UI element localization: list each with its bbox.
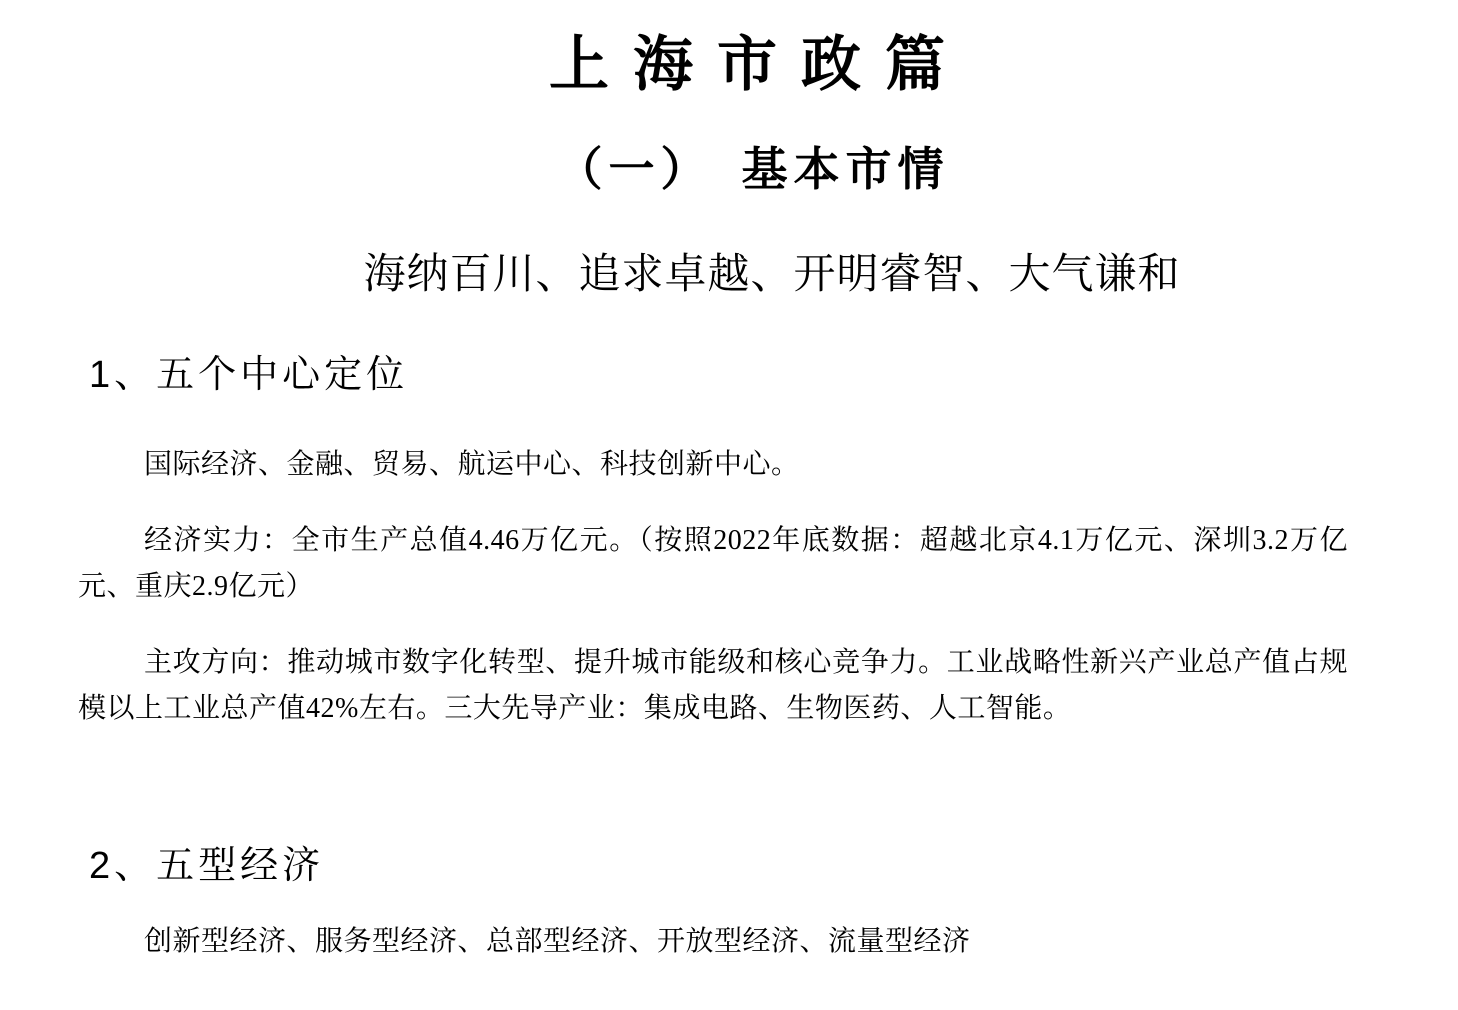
section-1-heading: 1、五个中心定位: [89, 351, 1458, 399]
section-1-paragraph-1: 国际经济、金融、贸易、航运中心、科技创新中心。: [78, 442, 1348, 488]
section-2-paragraph-1: 创新型经济、服务型经济、总部型经济、开放型经济、流量型经济: [78, 919, 1348, 965]
document-subtitle: （一） 基本市情: [24, 141, 1458, 197]
document-page: 上海市政篇 （一） 基本市情 海纳百川、追求卓越、开明睿智、大气谦和 1、五个中…: [0, 0, 1458, 1010]
document-title: 上海市政篇: [30, 34, 1458, 96]
section-1-paragraph-3: 主攻方向：推动城市数字化转型、提升城市能级和核心竞争力。工业战略性新兴产业总产值…: [78, 640, 1348, 732]
section-2-heading: 2、五型经济: [89, 842, 1458, 890]
section-1-paragraph-2: 经济实力：全市生产总值4.46万亿元。（按照2022年底数据：超越北京4.1万亿…: [78, 518, 1348, 610]
document-motto: 海纳百川、追求卓越、开明睿智、大气谦和: [43, 249, 1458, 301]
